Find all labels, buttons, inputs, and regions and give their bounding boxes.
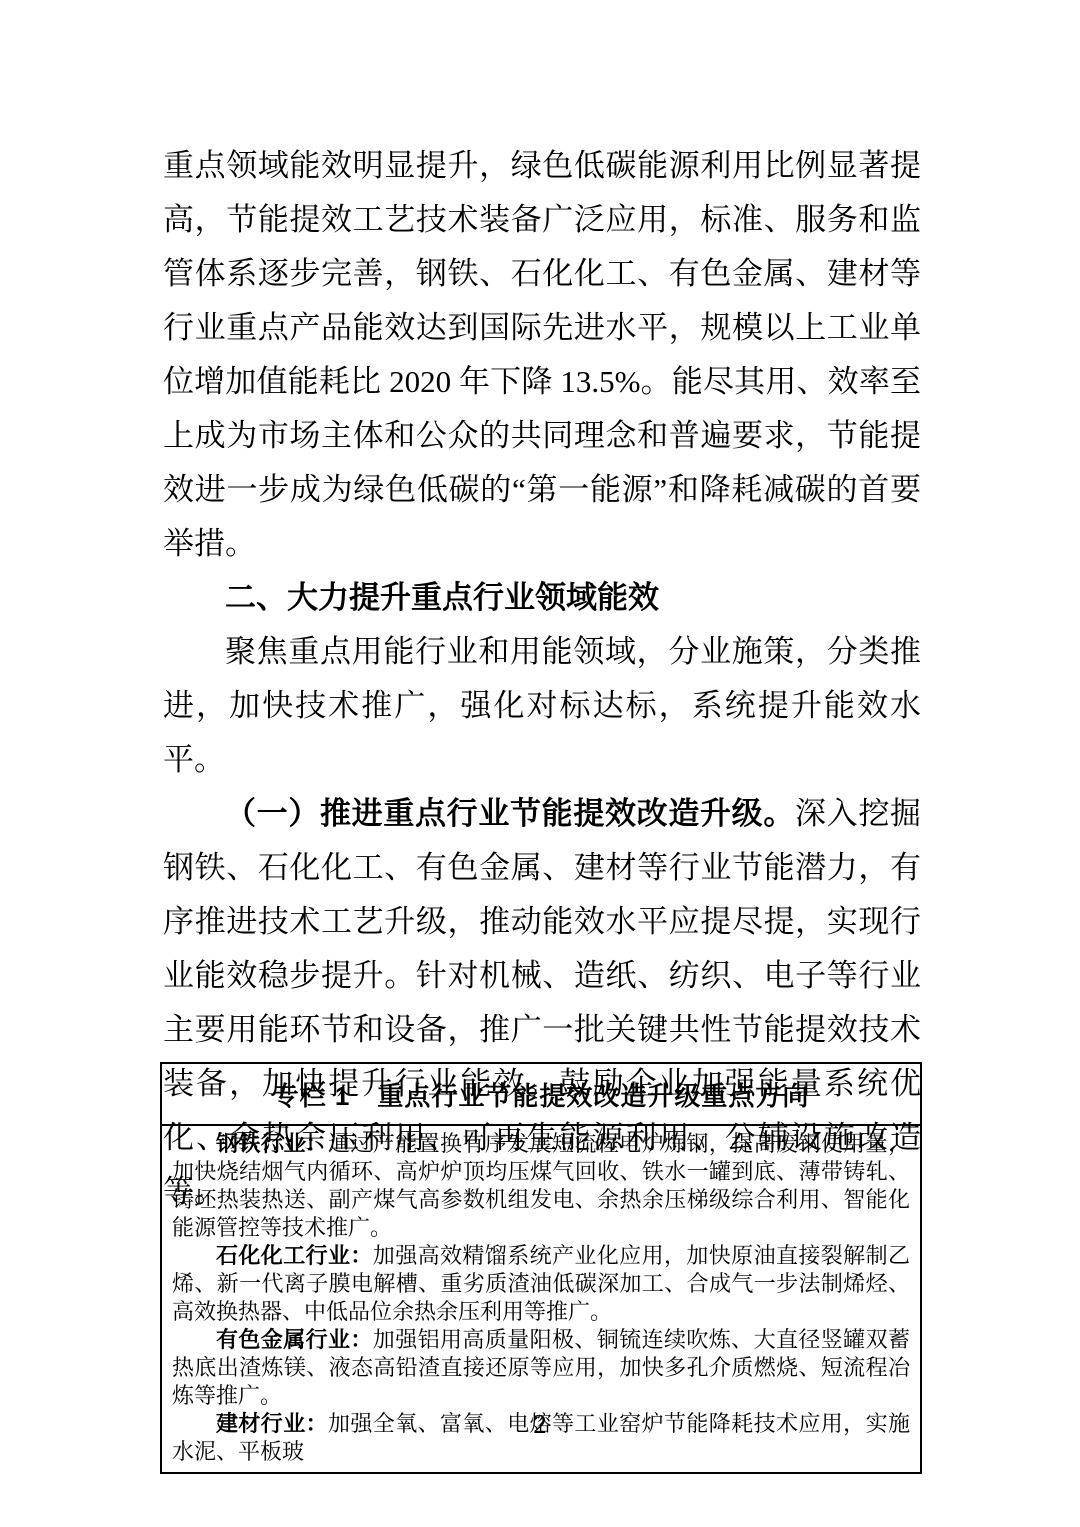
item-one-lead: （一）推进重点行业节能提效改造升级。: [225, 796, 795, 831]
callout-box-title-row: 专栏 1 重点行业节能提效改造升级重点方向: [162, 1064, 920, 1126]
document-body: 重点领域能效明显提升，绿色低碳能源利用比例显著提高，节能提效工艺技术装备广泛应用…: [163, 139, 921, 1219]
callout-box-title: 专栏 1 重点行业节能提效改造升级重点方向: [273, 1076, 810, 1113]
box-entry-steel-label: 钢铁行业：: [216, 1131, 328, 1156]
section-heading: 二、大力提升重点行业领域能效: [163, 571, 921, 625]
box-entry-petrochemical: 石化化工行业：加强高效精馏系统产业化应用，加快原油直接裂解制乙烯、新一代离子膜电…: [172, 1242, 910, 1326]
box-entry-nonferrous-label: 有色金属行业：: [216, 1327, 373, 1352]
paragraph-continuation: 重点领域能效明显提升，绿色低碳能源利用比例显著提高，节能提效工艺技术装备广泛应用…: [163, 139, 921, 571]
box-entry-nonferrous: 有色金属行业：加强铝用高质量阳极、铜锍连续吹炼、大直径竖罐双蓄热底出渣炼镁、液态…: [172, 1326, 910, 1410]
box-entry-steel: 钢铁行业：通过产能置换有序发展短流程电炉炼钢，提高废钢使用量，加快烧结烟气内循环…: [172, 1130, 910, 1242]
page-number: 2: [0, 1408, 1080, 1440]
document-page: 重点领域能效明显提升，绿色低碳能源利用比例显著提高，节能提效工艺技术装备广泛应用…: [0, 0, 1080, 1527]
paragraph-intro: 聚焦重点用能行业和用能领域，分业施策，分类推进，加快技术推广，强化对标达标，系统…: [163, 625, 921, 787]
box-entry-petrochemical-label: 石化化工行业：: [216, 1243, 373, 1268]
